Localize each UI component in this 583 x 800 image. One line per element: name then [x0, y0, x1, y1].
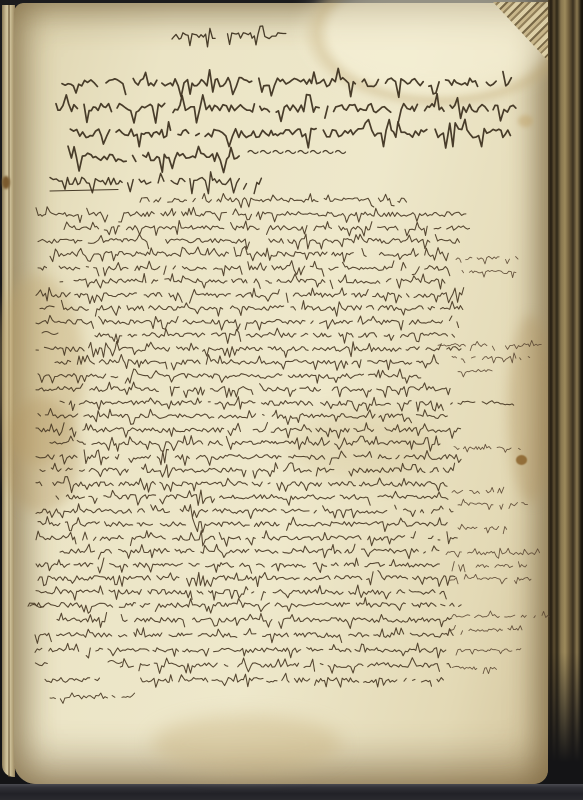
faint-center-stain: [286, 411, 436, 481]
fore-edge-shadow: [548, 652, 583, 772]
water-stain-bottom: [152, 715, 342, 773]
ink-spot: [516, 455, 527, 465]
manuscript-page: [14, 3, 548, 784]
table-surface: [0, 784, 583, 800]
water-stain-left-lower: [2, 398, 80, 513]
book-fore-edge: [548, 0, 583, 772]
edge-stain-tick: [2, 176, 10, 189]
manuscript-photo: [0, 0, 583, 800]
foxing-spot: [518, 115, 533, 127]
